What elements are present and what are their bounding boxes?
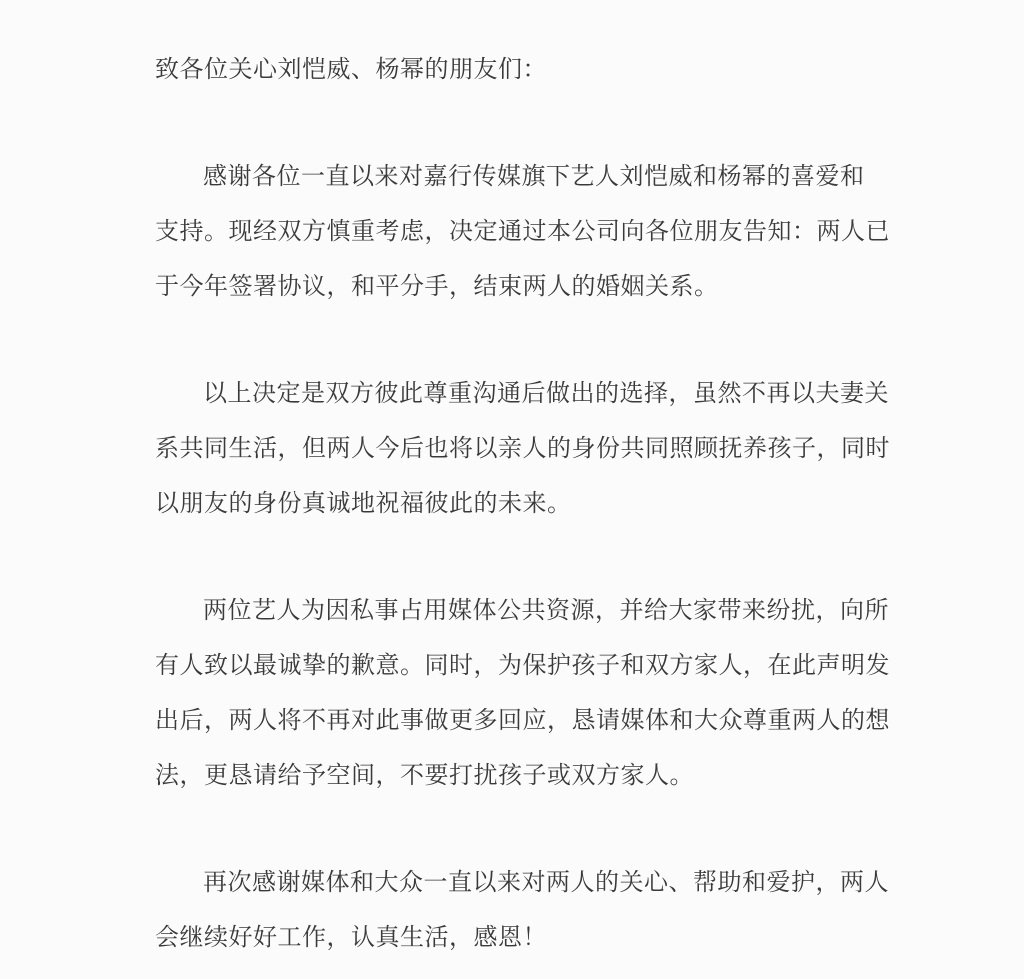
salutation-line: 致各位关心刘恺威、杨幂的朋友们： <box>155 42 884 97</box>
text-line: 有人致以最诚挚的歉意。同时，为保护孩子和双方家人，在此声明发 <box>155 638 884 693</box>
paragraph-3: 两位艺人为因私事占用媒体公共资源，并给大家带来纷扰，向所 有人致以最诚挚的歉意。… <box>155 583 884 803</box>
paragraph-4: 再次感谢媒体和大众一直以来对两人的关心、帮助和爱护，两人 会继续好好工作，认真生… <box>155 855 884 965</box>
text-line: 会继续好好工作，认真生活，感恩！ <box>155 910 884 965</box>
text-line: 感谢各位一直以来对嘉行传媒旗下艺人刘恺威和杨幂的喜爱和 <box>155 149 884 204</box>
text-line: 两位艺人为因私事占用媒体公共资源，并给大家带来纷扰，向所 <box>155 583 884 638</box>
text-line: 再次感谢媒体和大众一直以来对两人的关心、帮助和爱护，两人 <box>155 855 884 910</box>
paragraph-1: 感谢各位一直以来对嘉行传媒旗下艺人刘恺威和杨幂的喜爱和 支持。现经双方慎重考虑，… <box>155 149 884 314</box>
text-line: 系共同生活，但两人今后也将以亲人的身份共同照顾抚养孩子，同时 <box>155 421 884 476</box>
text-line: 以朋友的身份真诚地祝福彼此的未来。 <box>155 476 884 531</box>
paragraph-2: 以上决定是双方彼此尊重沟通后做出的选择，虽然不再以夫妻关 系共同生活，但两人今后… <box>155 366 884 531</box>
text-line: 出后，两人将不再对此事做更多回应，恳请媒体和大众尊重两人的想 <box>155 693 884 748</box>
statement-document: 致各位关心刘恺威、杨幂的朋友们： 感谢各位一直以来对嘉行传媒旗下艺人刘恺威和杨幂… <box>0 0 1024 979</box>
text-line: 于今年签署协议，和平分手，结束两人的婚姻关系。 <box>155 259 884 314</box>
text-line: 以上决定是双方彼此尊重沟通后做出的选择，虽然不再以夫妻关 <box>155 366 884 421</box>
text-line: 法，更恳请给予空间，不要打扰孩子或双方家人。 <box>155 748 884 803</box>
text-line: 支持。现经双方慎重考虑，决定通过本公司向各位朋友告知：两人已 <box>155 204 884 259</box>
